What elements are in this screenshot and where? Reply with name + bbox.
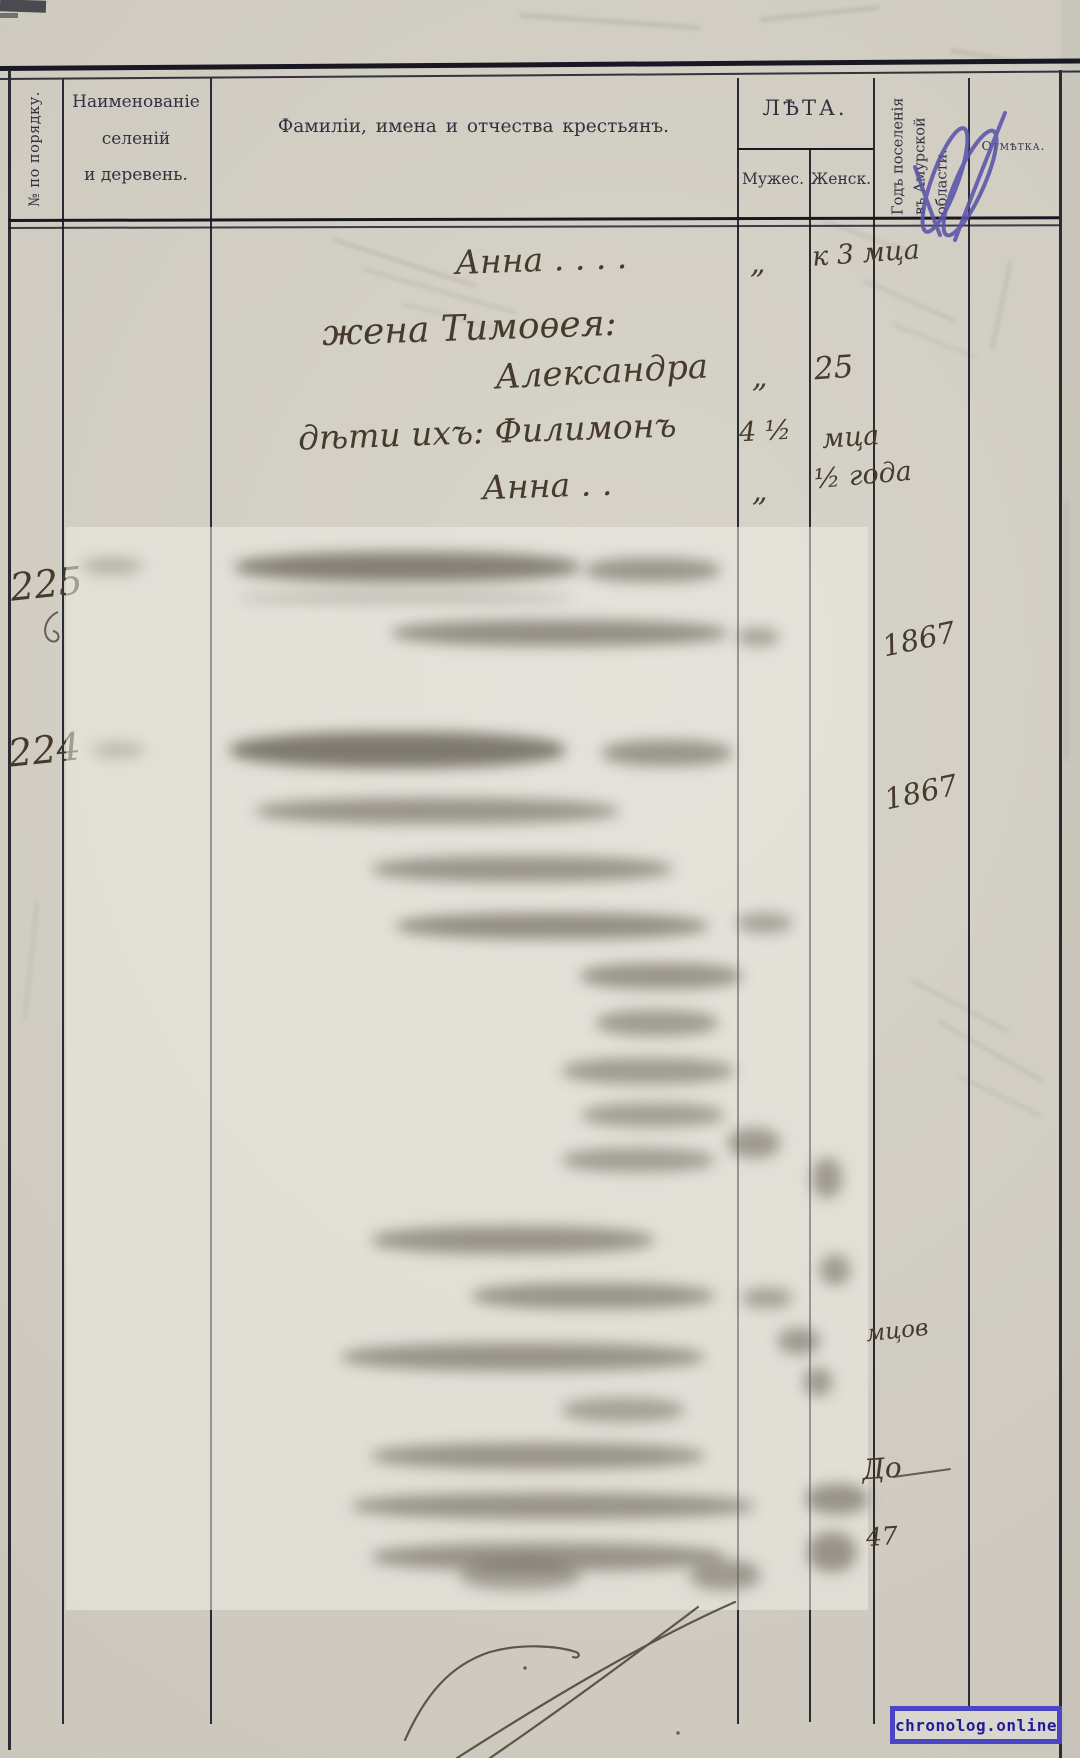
bleedthrough-mark	[760, 6, 880, 22]
smudged-handwriting	[812, 1158, 842, 1198]
entry-name: Анна . .	[481, 464, 612, 508]
smudged-handwriting	[804, 1368, 832, 1396]
smudged-handwriting	[737, 628, 779, 646]
smudged-handwriting	[806, 1484, 868, 1514]
watermark-badge: chronolog.online	[890, 1706, 1062, 1744]
entry-name: Александра	[494, 346, 709, 397]
smudged-handwriting	[342, 1343, 704, 1371]
smudged-handwriting	[352, 1493, 754, 1519]
entry-age-male: „	[750, 246, 766, 281]
smudged-handwriting	[585, 558, 720, 582]
entry-name: дѣти ихъ: Филимонъ	[297, 405, 677, 457]
ink-flourish-mark	[885, 105, 1025, 245]
smudged-handwriting	[582, 1103, 724, 1127]
note-mark: До	[861, 1451, 903, 1487]
census-page-scan: № по порядку. Наименованіе селеній и дер…	[0, 0, 1080, 1758]
note-mark: мцов	[865, 1315, 930, 1347]
smudged-handwriting	[728, 1128, 780, 1158]
smudged-handwriting	[737, 913, 792, 933]
bleedthrough-mark	[911, 979, 1009, 1032]
smudged-handwriting	[562, 1148, 714, 1172]
entry-age-male: „	[752, 360, 768, 395]
smudged-handwriting	[256, 798, 618, 824]
column-header-years-female: Женск.	[809, 170, 873, 188]
smudged-handwriting	[238, 596, 573, 600]
smudged-handwriting	[778, 1328, 820, 1354]
entry-name: Анна . . . .	[454, 237, 627, 282]
page-corner-mark	[0, 0, 46, 13]
entry-age-male: „	[752, 474, 768, 509]
smudged-handwriting	[460, 1560, 580, 1590]
smudged-handwriting	[472, 1283, 714, 1309]
smudged-handwriting	[82, 558, 142, 574]
smudged-handwriting	[372, 1443, 704, 1469]
smudged-handwriting	[562, 1398, 684, 1422]
smudged-handwriting	[92, 743, 144, 757]
smudged-handwriting	[562, 1058, 734, 1084]
page-right-rule	[1059, 70, 1062, 1758]
bleedthrough-mark	[959, 1075, 1041, 1116]
smudged-handwriting	[820, 1255, 850, 1285]
page-left-rule	[8, 70, 11, 1750]
column-header-names: Фамиліи, имена и отчества крестьянъ.	[210, 116, 737, 137]
smudged-handwriting	[230, 732, 565, 768]
smudged-handwriting	[742, 1288, 792, 1308]
settlement-year: 1867	[879, 615, 958, 664]
column-header-number: № по порядку.	[8, 78, 62, 220]
entry-age-female: мца	[821, 420, 880, 455]
page-corner-mark	[0, 13, 18, 18]
note-mark: 47	[865, 1521, 899, 1552]
smudged-handwriting	[602, 740, 732, 766]
column-header-settlement: Наименованіе селеній и деревень.	[62, 84, 210, 194]
smudged-handwriting	[596, 1010, 718, 1036]
smudged-handwriting	[372, 856, 672, 882]
column-header-years: ЛѢТА.	[737, 96, 873, 120]
pen-flourish	[36, 608, 66, 648]
smudged-handwriting	[808, 1532, 856, 1572]
bleedthrough-mark	[864, 280, 956, 323]
smudged-handwriting	[392, 620, 727, 646]
entry-name: жена Тимоѳея:	[321, 303, 617, 354]
smudged-handwriting	[690, 1560, 760, 1590]
signature-flourish	[380, 1590, 800, 1758]
column-line	[968, 78, 970, 1710]
smudged-handwriting	[580, 963, 742, 989]
settlement-year: 1867	[881, 768, 960, 817]
bleedthrough-mark	[520, 14, 700, 30]
years-header-divider	[737, 148, 873, 150]
watermark-text: chronolog.online	[895, 1716, 1057, 1735]
column-header-years-male: Мужес.	[737, 170, 809, 188]
smudged-handwriting	[235, 552, 580, 582]
bleedthrough-mark	[1065, 500, 1068, 760]
column-line	[62, 78, 64, 1724]
smudged-handwriting	[396, 913, 708, 939]
bleedthrough-mark	[991, 261, 1013, 350]
smudged-handwriting	[372, 1226, 654, 1254]
bleedthrough-mark	[938, 1020, 1043, 1082]
entry-age-female: ½ года	[813, 456, 913, 495]
entry-age-male: 4 ½	[738, 415, 791, 449]
table-top-rule-thick	[0, 58, 1080, 71]
entry-age-female: 25	[813, 349, 855, 388]
bleedthrough-mark	[893, 323, 977, 359]
column-header-number-label: № по порядку.	[27, 91, 43, 207]
right-paper-edge	[1061, 0, 1080, 1758]
bleedthrough-mark	[24, 900, 39, 1020]
